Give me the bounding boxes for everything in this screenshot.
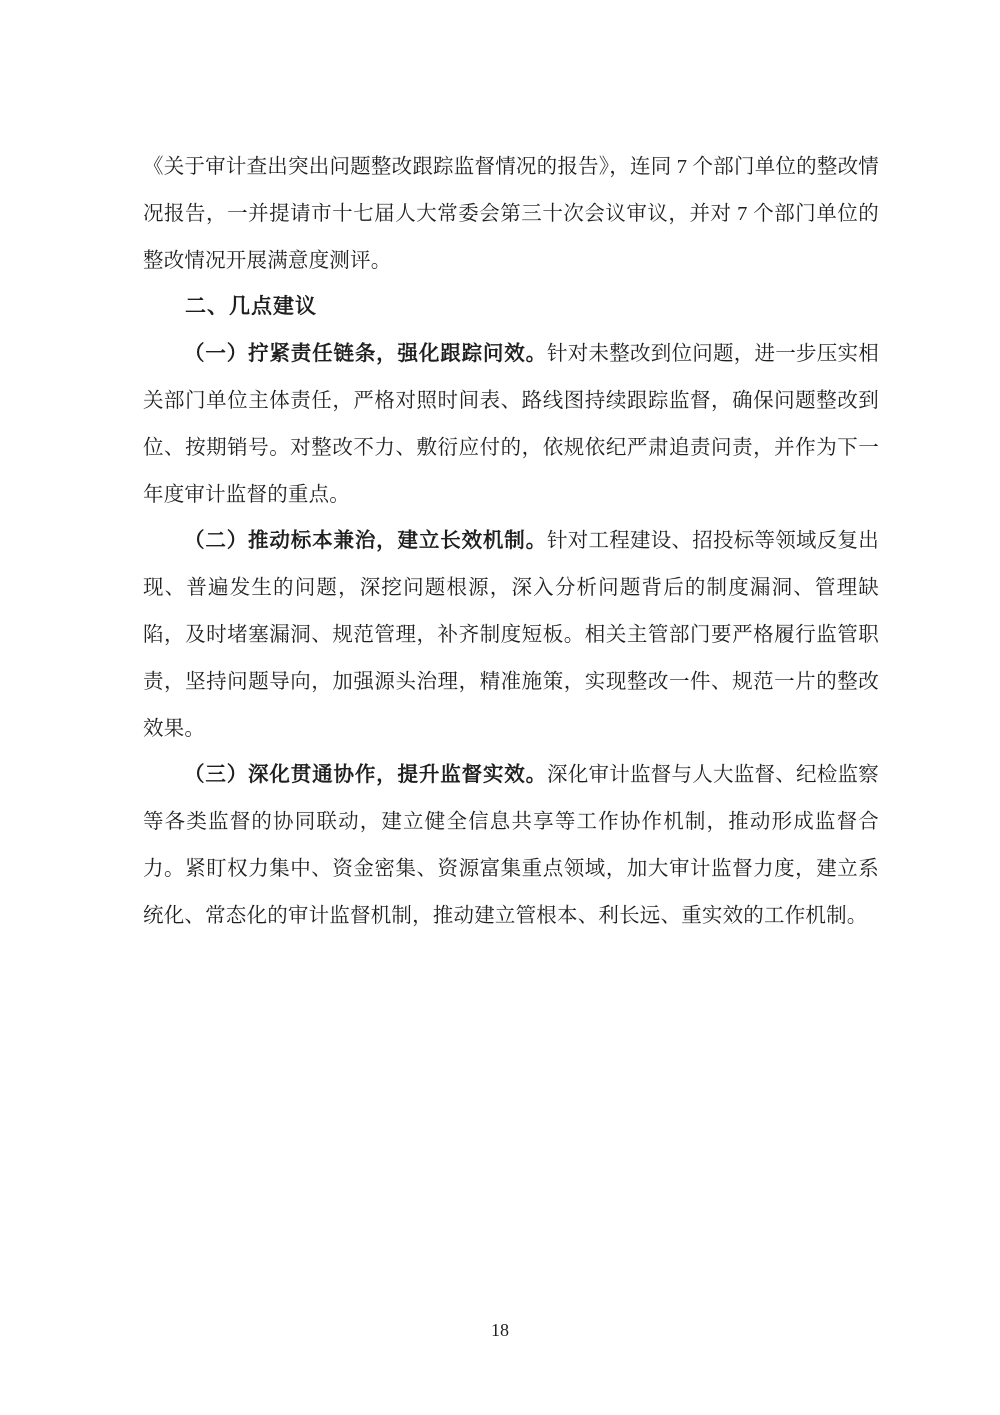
document-body: 《关于审计查出突出问题整改跟踪监督情况的报告》，连同 7 个部门单位的整改情况报… bbox=[143, 144, 879, 940]
recommendation-3-text: 深化审计监督与人大监督、纪检监察等各类监督的协同联动，建立健全信息共享等工作协作… bbox=[143, 764, 879, 926]
paragraph-recommendation-1: （一）拧紧责任链条，强化跟踪问效。针对未整改到位问题，进一步压实相关部门单位主体… bbox=[143, 331, 879, 518]
page-number: 18 bbox=[0, 1318, 1000, 1342]
paragraph-report-submission: 《关于审计查出突出问题整改跟踪监督情况的报告》，连同 7 个部门单位的整改情况报… bbox=[143, 144, 879, 284]
recommendation-3-lead: （三）深化贯通协作，提升监督实效。 bbox=[184, 764, 547, 786]
document-page: { "page": { "background": "#ffffff", "te… bbox=[0, 0, 1000, 1415]
recommendation-1-text: 针对未整改到位问题，进一步压实相关部门单位主体责任，严格对照时间表、路线图持续跟… bbox=[143, 343, 879, 505]
paragraph-recommendation-3: （三）深化贯通协作，提升监督实效。深化审计监督与人大监督、纪检监察等各类监督的协… bbox=[143, 752, 879, 939]
recommendation-2-text: 针对工程建设、招投标等领域反复出现、普遍发生的问题，深挖问题根源，深入分析问题背… bbox=[143, 530, 879, 739]
recommendation-1-lead: （一）拧紧责任链条，强化跟踪问效。 bbox=[184, 343, 547, 365]
recommendation-2-lead: （二）推动标本兼治，建立长效机制。 bbox=[184, 530, 547, 552]
section-heading-recommendations: 二、几点建议 bbox=[143, 284, 879, 331]
paragraph-recommendation-2: （二）推动标本兼治，建立长效机制。针对工程建设、招投标等领域反复出现、普遍发生的… bbox=[143, 518, 879, 752]
